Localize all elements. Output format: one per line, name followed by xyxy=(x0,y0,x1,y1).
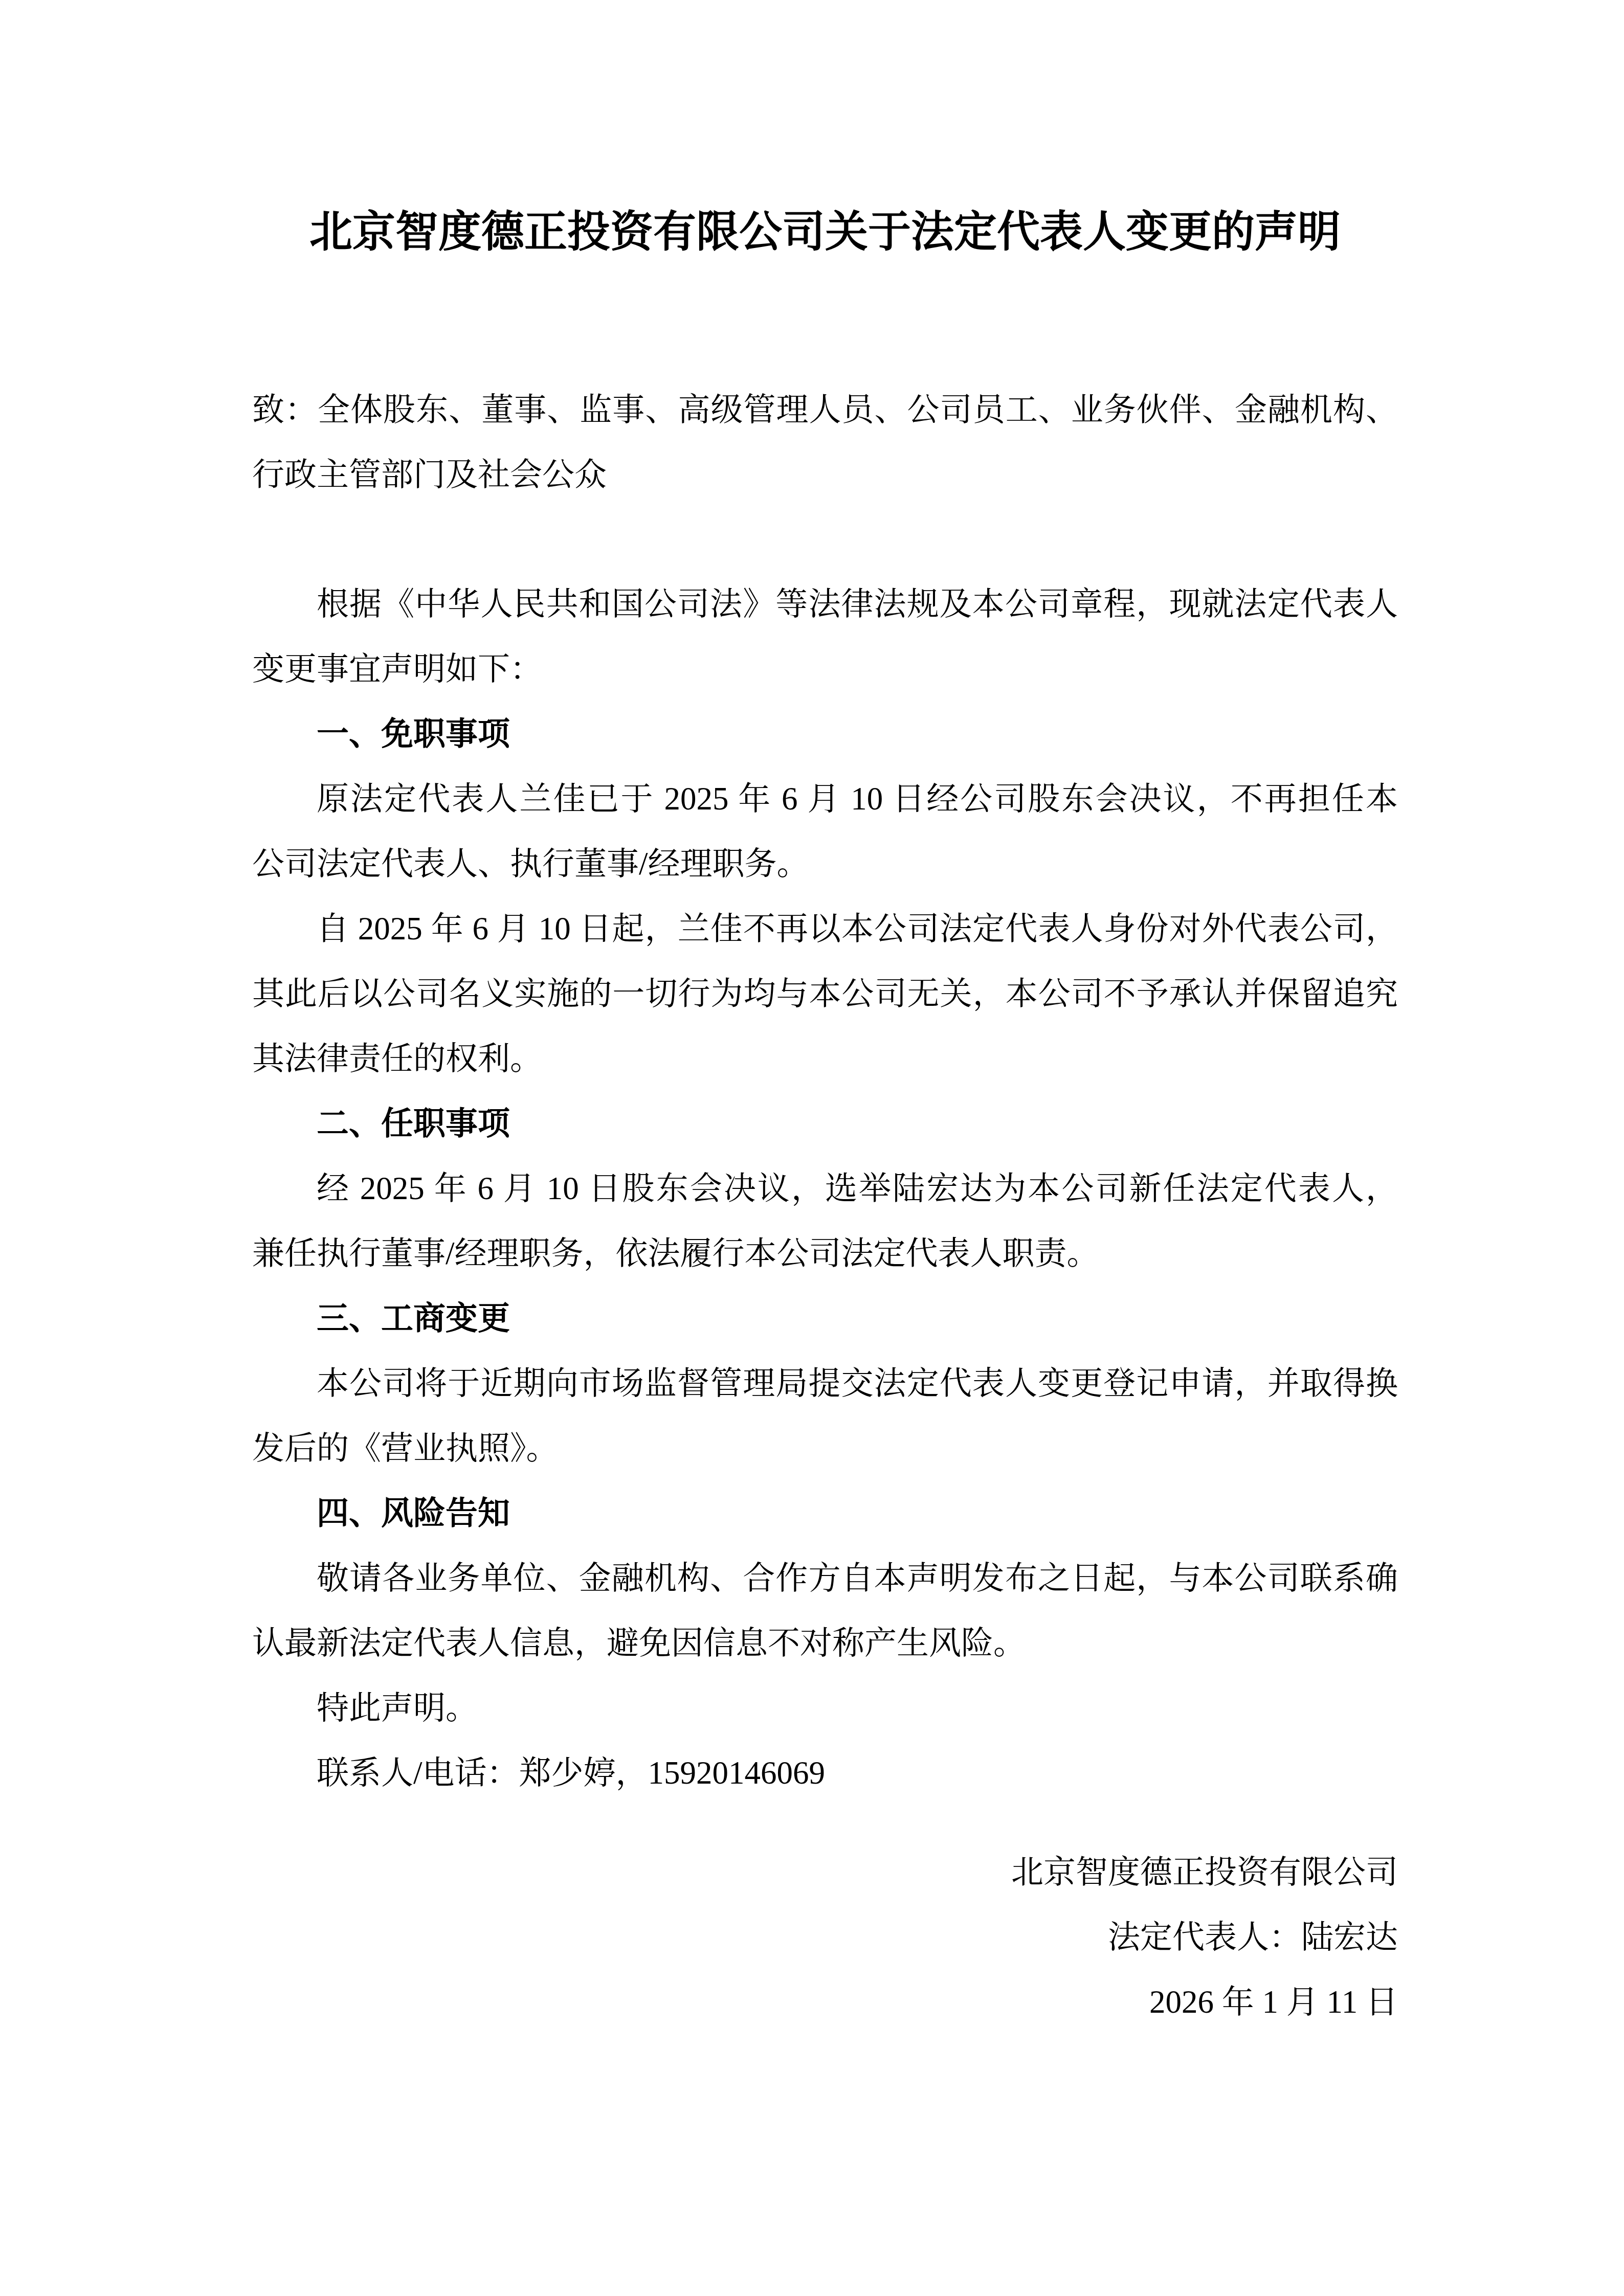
section-2-p1-line-1: 经 2025 年 6 月 10 日股东会决议，选举陆宏达为本公司新任法定代表人， xyxy=(252,1156,1398,1221)
signature-block: 北京智度德正投资有限公司 法定代表人：陆宏达 2026 年 1 月 11 日 xyxy=(252,1840,1398,2035)
section-3-p1-line-2: 发后的《营业执照》。 xyxy=(252,1416,1398,1481)
section-1-p2-line-2: 其此后以公司名义实施的一切行为均与本公司无关，本公司不予承认并保留追究 xyxy=(252,961,1398,1026)
closing-block: 特此声明。 联系人/电话：郑少婷，15920146069 xyxy=(252,1676,1398,1806)
section-2-heading: 二、任职事项 xyxy=(252,1091,1398,1156)
section-3-heading: 三、工商变更 xyxy=(252,1286,1398,1351)
section-4-risk-notice: 四、风险告知 敬请各业务单位、金融机构、合作方自本声明发布之日起，与本公司联系确… xyxy=(252,1481,1398,1676)
salutation-block: 致：全体股东、董事、监事、高级管理人员、公司员工、业务伙伴、金融机构、 行政主管… xyxy=(252,377,1398,507)
intro-line-2: 变更事宜声明如下： xyxy=(252,637,1398,702)
section-1-removal: 一、免职事项 原法定代表人兰佳已于 2025 年 6 月 10 日经公司股东会决… xyxy=(252,702,1398,1091)
section-1-heading: 一、免职事项 xyxy=(252,702,1398,767)
contact-line: 联系人/电话：郑少婷，15920146069 xyxy=(252,1741,1398,1806)
document-page: 北京智度德正投资有限公司关于法定代表人变更的声明 致：全体股东、董事、监事、高级… xyxy=(0,0,1624,2296)
section-3-registration: 三、工商变更 本公司将于近期向市场监督管理局提交法定代表人变更登记申请，并取得换… xyxy=(252,1286,1398,1481)
intro-line-1: 根据《中华人民共和国公司法》等法律法规及本公司章程，现就法定代表人 xyxy=(252,572,1398,637)
section-3-p1-line-1: 本公司将于近期向市场监督管理局提交法定代表人变更登记申请，并取得换 xyxy=(252,1351,1398,1416)
section-2-appointment: 二、任职事项 经 2025 年 6 月 10 日股东会决议，选举陆宏达为本公司新… xyxy=(252,1091,1398,1286)
document-title: 北京智度德正投资有限公司关于法定代表人变更的声明 xyxy=(252,197,1398,268)
salutation-line-2: 行政主管部门及社会公众 xyxy=(252,442,1398,507)
salutation-line-1: 致：全体股东、董事、监事、高级管理人员、公司员工、业务伙伴、金融机构、 xyxy=(252,377,1398,442)
section-4-p1-line-1: 敬请各业务单位、金融机构、合作方自本声明发布之日起，与本公司联系确 xyxy=(252,1546,1398,1611)
section-1-p1-line-2: 公司法定代表人、执行董事/经理职务。 xyxy=(252,831,1398,896)
document-content: 北京智度德正投资有限公司关于法定代表人变更的声明 致：全体股东、董事、监事、高级… xyxy=(252,0,1398,2035)
closing-declaration: 特此声明。 xyxy=(252,1676,1398,1741)
signature-company: 北京智度德正投资有限公司 xyxy=(252,1840,1398,1905)
section-4-heading: 四、风险告知 xyxy=(252,1481,1398,1546)
section-2-p1-line-2: 兼任执行董事/经理职务，依法履行本公司法定代表人职责。 xyxy=(252,1221,1398,1286)
intro-paragraph: 根据《中华人民共和国公司法》等法律法规及本公司章程，现就法定代表人 变更事宜声明… xyxy=(252,572,1398,702)
signature-legal-rep: 法定代表人：陆宏达 xyxy=(252,1905,1398,1970)
section-4-p1-line-2: 认最新法定代表人信息，避免因信息不对称产生风险。 xyxy=(252,1611,1398,1676)
section-1-p2-line-3: 其法律责任的权利。 xyxy=(252,1026,1398,1091)
section-1-p1-line-1: 原法定代表人兰佳已于 2025 年 6 月 10 日经公司股东会决议，不再担任本 xyxy=(252,767,1398,831)
section-1-p2-line-1: 自 2025 年 6 月 10 日起，兰佳不再以本公司法定代表人身份对外代表公司… xyxy=(252,896,1398,961)
signature-date: 2026 年 1 月 11 日 xyxy=(252,1970,1398,2035)
